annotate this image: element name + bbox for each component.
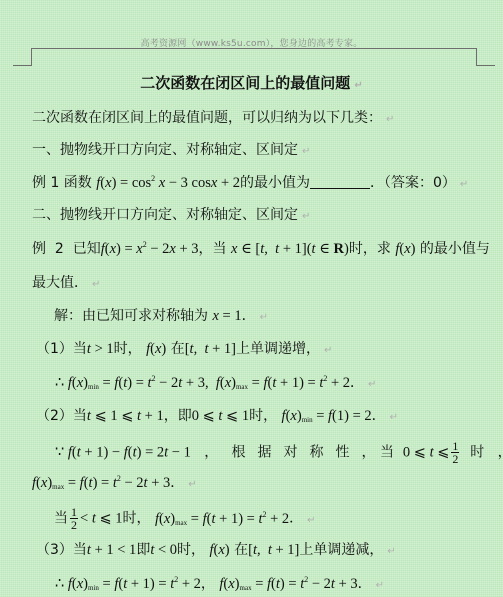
example-2-formula: f(x) = x2 − 2x + 3	[101, 241, 199, 257]
header-rule-left-stub	[13, 65, 32, 66]
paragraph-mark-icon: ↵	[368, 379, 376, 390]
section-2-heading: 二、抛物线开口方向定、对称轴定、区间定↵	[32, 206, 310, 226]
header-rule-right-drop	[476, 48, 477, 65]
example-1: 例 1 函数 f(x) = cos2 x − 3 cosx + 2的最小值为．（…	[32, 174, 468, 194]
fraction-one-half: 12	[451, 440, 459, 465]
paragraph-mark-icon: ↵	[302, 211, 310, 222]
case-2-max-1: f(x)max = f(t) = t2 − 2t + 3．↵	[32, 474, 197, 496]
paragraph-mark-icon: ↵	[302, 146, 310, 157]
case-1-result: ∴ f(x)min = f(t) = t2 − 2t + 3, f(x)max …	[55, 374, 376, 396]
paragraph-mark-icon: ↵	[92, 279, 100, 290]
header-rule-top	[31, 48, 477, 49]
case-2-max-2: 当12< t ⩽ 1时， f(x)max = f(t + 1) = t2 + 2…	[54, 506, 316, 532]
example-2-continued: 最大值．↵	[32, 274, 100, 294]
paragraph-mark-icon: ↵	[188, 479, 196, 490]
case-3: （3）当t + 1 < 1即t < 0时， f(x) 在[t, t + 1]上单…	[36, 541, 396, 561]
paragraph-mark-icon: ↵	[386, 114, 394, 125]
case-2-note: ∵ f(t + 1) − f(t) = 2t − 1 ， 根据对称性， 当 0 …	[55, 440, 503, 465]
header-rule-right-stub	[476, 65, 495, 66]
fraction-one-half: 12	[70, 506, 78, 531]
case-1: （1）当t > 1时， f(x) 在[t, t + 1]上单调递增，↵	[36, 340, 332, 360]
paragraph-mark-icon: ↵	[354, 80, 362, 91]
section-1-heading: 一、抛物线开口方向定、对称轴定、区间定↵	[32, 141, 310, 161]
paragraph-mark-icon: ↵	[376, 580, 384, 591]
paragraph-mark-icon: ↵	[260, 312, 268, 323]
solution-intro: 解：由已知可求对称轴为 x = 1．↵	[54, 307, 268, 327]
paragraph-mark-icon: ↵	[307, 515, 315, 526]
case-3-result: ∴ f(x)min = f(t + 1) = t2 + 2， f(x)max =…	[55, 575, 384, 597]
paragraph-mark-icon: ↵	[387, 546, 395, 557]
example-1-formula: f(x) = cos2 x − 3 cosx + 2	[96, 175, 240, 191]
answer-blank	[310, 174, 370, 189]
example-2: 例 2 已知f(x) = x2 − 2x + 3，当 x ∈ [t, t + 1…	[32, 240, 490, 258]
paragraph-mark-icon: ↵	[390, 412, 398, 423]
case-2: （2）当t ⩽ 1 ⩽ t + 1，即0 ⩽ t ⩽ 1时， f(x)min =…	[36, 407, 398, 429]
paragraph-mark-icon: ↵	[460, 179, 468, 190]
document-title: 二次函数在闭区间上的最值问题↵	[0, 74, 503, 95]
paragraph-mark-icon: ↵	[324, 345, 332, 356]
intro-paragraph: 二次函数在闭区间上的最值问题，可以归纳为以下几类：↵	[32, 109, 394, 129]
header-rule-left-drop	[31, 48, 32, 65]
